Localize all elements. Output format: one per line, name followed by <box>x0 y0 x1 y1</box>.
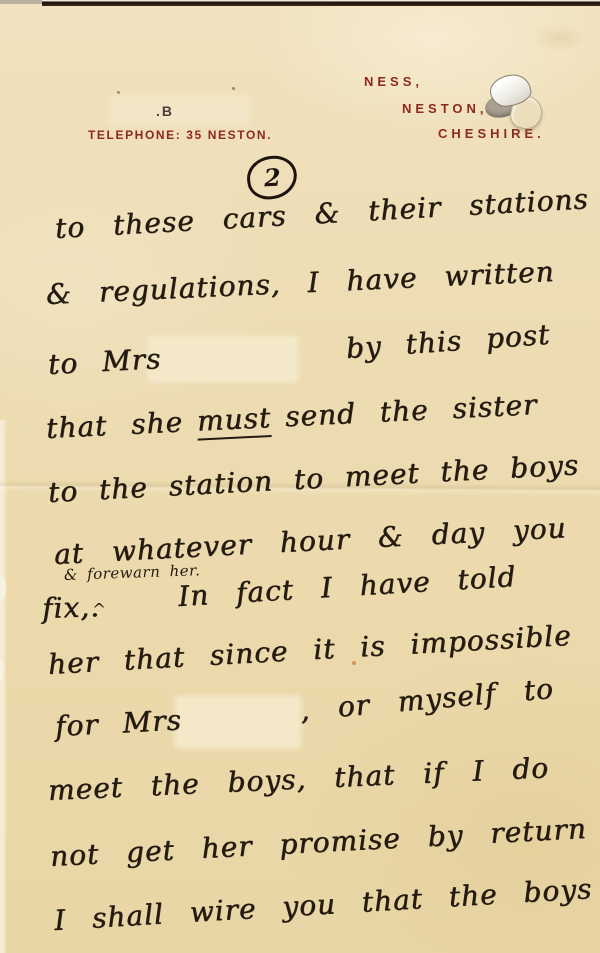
letterhead-address-line2: NESTON, <box>402 101 488 116</box>
redaction-patch-1 <box>150 338 296 380</box>
handwritten-line-10: meet the boys, that if I do <box>47 751 549 807</box>
handwritten-line-3-post: by this post <box>345 318 551 365</box>
paper-hole <box>484 72 548 130</box>
handwritten-line-11: not get her promise by return <box>49 812 587 873</box>
letterhead-address-line1: NESS, <box>364 74 423 89</box>
paper-speck <box>232 87 235 90</box>
letterhead-telephone: TELEPHONE: 35 NESTON. <box>88 128 272 142</box>
handwritten-line-12: I shall wire you that the boys <box>53 872 593 937</box>
line-4-pre: that she <box>45 405 184 445</box>
letter-page: .B TELEPHONE: 35 NESTON. NESS, NESTON, C… <box>0 0 600 953</box>
handwritten-line-9-post: , or myself to <box>299 672 556 727</box>
handwritten-line-5: to the station to meet the boys <box>47 448 580 509</box>
redaction-patch-2 <box>177 698 299 746</box>
torn-left-edge <box>0 420 7 953</box>
handwritten-line-2: & regulations, I have written <box>45 255 555 311</box>
handwritten-line-8: her that since it is impossible <box>47 619 572 681</box>
handwritten-line-7-pre: fix,. <box>41 590 100 625</box>
line-4-post: send the sister <box>284 388 538 433</box>
handwritten-line-7-post: In fact I have told <box>177 560 517 613</box>
handwritten-line-1: to these cars & their stations <box>54 182 589 245</box>
handwritten-line-9-pre: for Mrs <box>54 703 182 743</box>
letterhead-fragment: .B <box>156 103 174 119</box>
paper-speck <box>117 91 120 94</box>
redaction-patch-letterhead <box>112 99 247 122</box>
handwritten-line-4: that shemustsend the sister <box>45 388 538 445</box>
page-number-circle: 2 <box>245 153 300 202</box>
page-number: 2 <box>263 163 281 193</box>
scan-edge-dark <box>42 0 600 6</box>
line-4-underlined-word: must <box>196 401 272 441</box>
scan-edge-light <box>0 0 46 4</box>
handwritten-line-3-pre: to Mrs <box>47 342 162 381</box>
